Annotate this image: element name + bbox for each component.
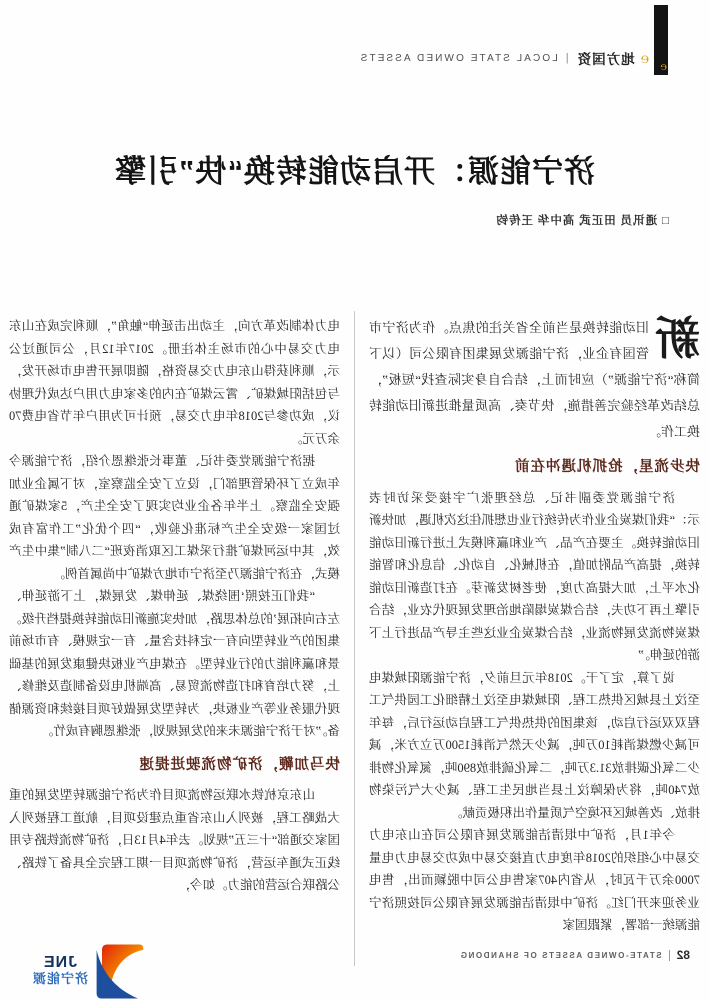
logo-abbr: JNE [43,954,77,971]
section-header: ℮ 地方国资 | LOCAL STATE OWNED ASSETS [359,49,649,67]
corner-black-bar: ℮ [654,5,668,75]
article-byline: □ 通讯员 田正武 高中华 王传钧 [496,212,669,228]
paragraph: 电力体制改革方向，主动出击延伸“触角”，顺利完成在山东电力交易中心的市场主体注册… [9,315,340,450]
brand-glyph-icon: ℮ [641,51,649,65]
footer-divider [669,950,670,961]
journal-name: STATE-OWNED ASSETS OF SHANDONG [459,951,662,960]
logo-name-cn: 济宁能源 [32,971,88,987]
page-footer: 82 STATE-OWNED ASSETS OF SHANDONG [459,948,690,962]
paragraph: “我们正按照‘围绕煤、延伸煤、发展煤，上下游延伸、左右向拓展’的总体思路，加快实… [9,585,340,743]
publisher-logo: JNE 济宁能源 [32,942,147,1001]
header-divider: | [564,52,571,64]
paragraph: 今年1月，济矿中垠清洁能源发展有限公司在山东电力交易中心组织的2018年度电力直… [369,824,700,937]
mirrored-magazine-page: ℮ ℮ 地方国资 | LOCAL STATE OWNED ASSETS 济宁能源… [0,0,709,1001]
page-number: 82 [677,948,690,962]
intro-paragraph: 新旧动能转换是当前全省关注的焦点。作为济宁市管国有企业，济宁能源发展集团有限公司… [369,315,700,445]
screenshot-root: ℮ ℮ 地方国资 | LOCAL STATE OWNED ASSETS 济宁能源… [0,0,709,1001]
paragraph: 山东京杭铁水联运物流项目作为济宁能源转型发展的重大战略工程，被列入山东省重点建设… [9,784,340,897]
paragraph: 说了算，定了干。2018年元旦前夕，济宁能源阳城煤电至汶上县城区供热工程、阳城煤… [369,667,700,825]
section-heading-2: 快马加鞭，济矿物流驶进提速 [9,754,340,777]
drop-cap: 新 [649,315,700,360]
column-right: 电力体制改革方向，主动出击延伸“触角”，顺利完成在山东电力交易中心的市场主体注册… [9,315,340,897]
paragraph: 济宁能源党委副书记、总经理张广宇接受采访时表示：“我们煤炭企业作为传统行业也想抓… [369,487,700,667]
column-left: 新旧动能转换是当前全省关注的焦点。作为济宁市管国有企业，济宁能源发展集团有限公司… [369,315,700,937]
column-divider [354,311,355,966]
article-title: 济宁能源：开启动能转换“快”引擎 [0,146,709,191]
brand-glyph-icon: ℮ [660,61,667,73]
article-body: 新旧动能转换是当前全省关注的焦点。作为济宁市管国有企业，济宁能源发展集团有限公司… [9,315,700,960]
paragraph: 据济宁能源党委书记、董事长张继恩介绍，济宁能源今年成立了环保管理部门，设立了安全… [9,450,340,585]
section-heading-1: 快步流星，抢抓机遇冲在前 [369,456,700,479]
section-name-en: LOCAL STATE OWNED ASSETS [359,53,558,64]
section-name-cn: 地方国资 [577,48,635,68]
jne-logo-icon [93,942,147,1001]
logo-text: JNE 济宁能源 [32,954,88,987]
